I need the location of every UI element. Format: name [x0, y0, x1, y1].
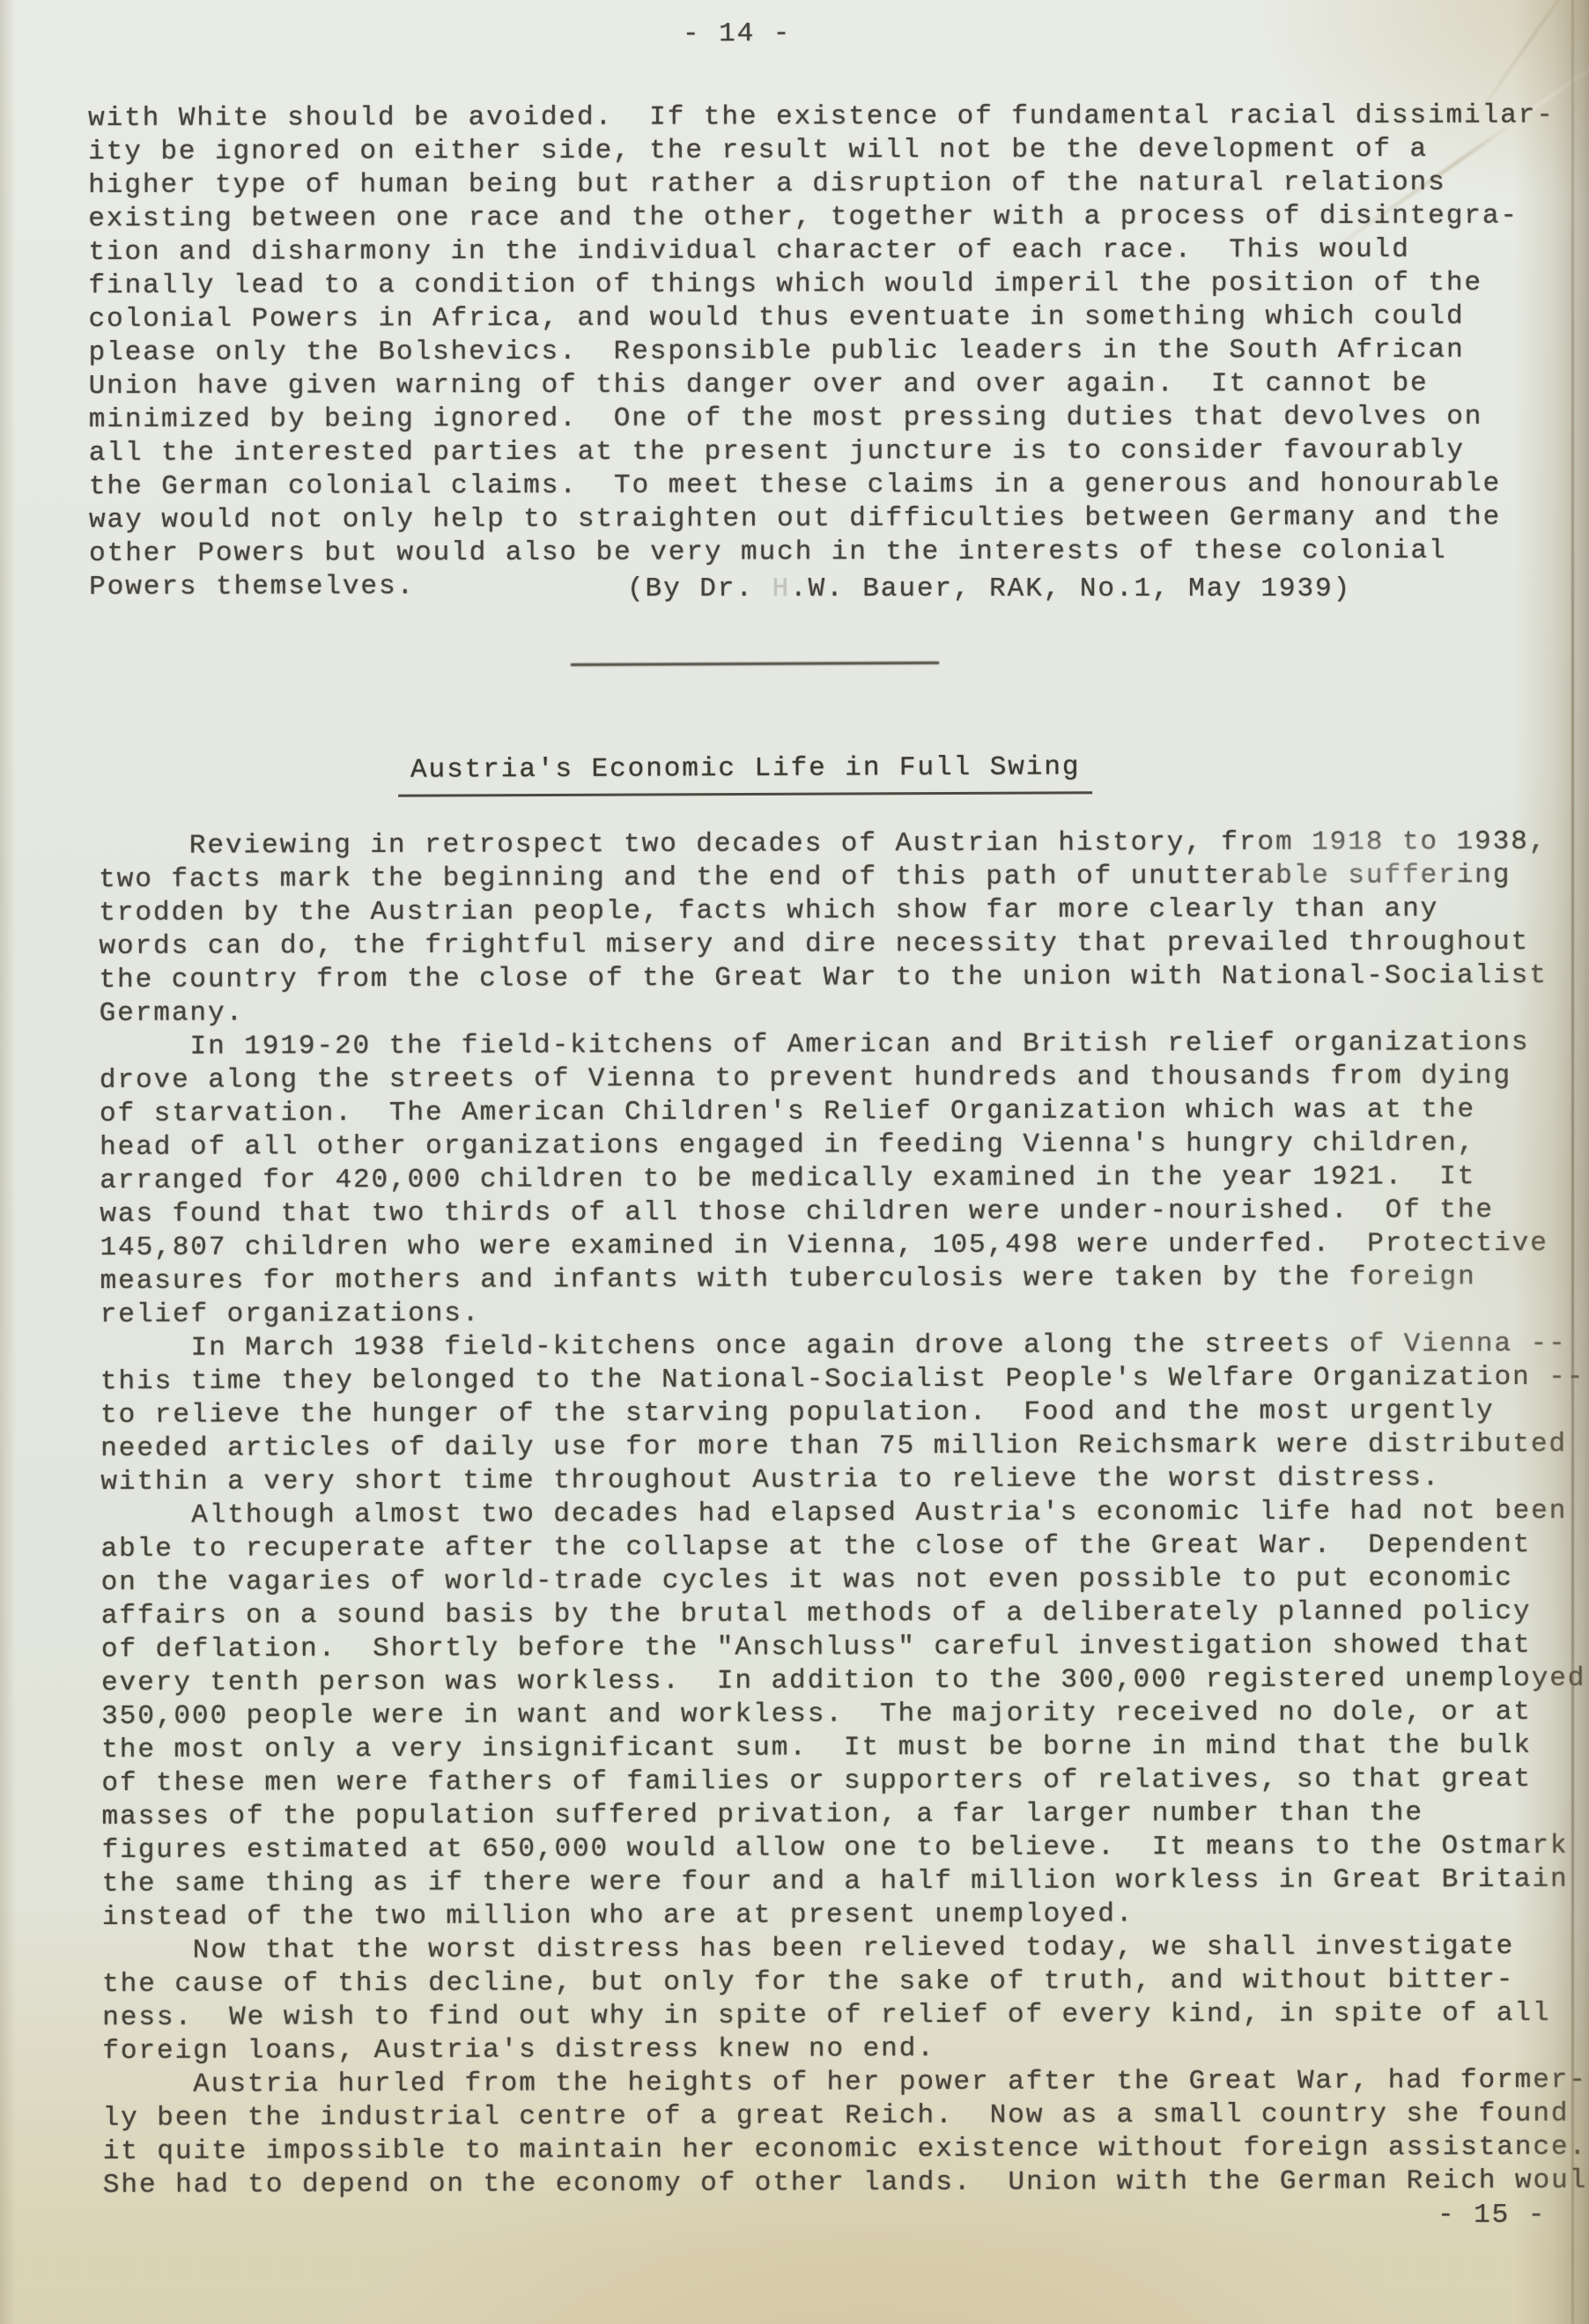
byline-faint-initial: H: [772, 574, 790, 604]
austria-article-title: Austria's Economic Life in Full Swing: [398, 751, 1093, 796]
austria-article-body: Reviewing in retrospect two decades of A…: [99, 825, 1589, 2202]
page-number-bottom: - 15 -: [1437, 2199, 1546, 2232]
colonial-article-byline: (By Dr. H.W. Bauer, RAK, No.1, May 1939): [627, 573, 1351, 606]
colonial-article-body: with White should be avoided. If the exi…: [88, 100, 1556, 604]
page-number-top: - 14 -: [683, 18, 792, 52]
section-divider: [571, 662, 939, 666]
byline-prefix: (By Dr.: [627, 574, 772, 604]
scanned-page: - 14 - with White should be avoided. If …: [0, 0, 1589, 2324]
byline-suffix: .W. Bauer, RAK, No.1, May 1939): [790, 574, 1351, 604]
